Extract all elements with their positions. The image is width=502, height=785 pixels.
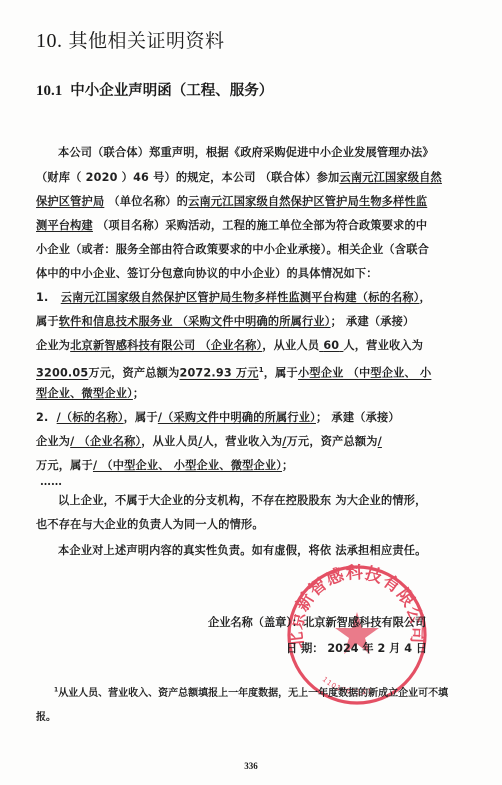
- footnote-line: 1从业人员、营业收入、资产总额填报上一年度数据，无上一年度数据的新成立企业可不填: [54, 684, 448, 699]
- paragraph-line: 体中的中小企业、签订分包意向协议的中小企业）的具体情况如下：: [36, 266, 378, 282]
- item-index: 1.: [36, 291, 48, 304]
- paragraph-line: （财库（ 2020 ）46 号）的规定，本公司 （联合体）参加云南元江国家级自然: [36, 170, 442, 186]
- text-span: （项目名称）采购活动，工程的施工单位全部为符合政策要求的中: [93, 219, 427, 232]
- item1-line: 型企业、微型企业）；: [36, 386, 144, 402]
- item2-size: / （中型企业、 小型企业、微型企业）: [93, 459, 282, 472]
- item1-size: 小型企业 （中型企业、 小: [298, 367, 431, 380]
- document-page: 10.其他相关证明资料 10.1中小企业声明函（工程、服务） 本公司（联合体）郑…: [0, 0, 502, 785]
- text-span: ；: [133, 387, 144, 400]
- date-value: 2024 年 2 月 4 日: [327, 642, 427, 655]
- text-span: 人，营业收入为: [203, 435, 283, 448]
- text-span: 人，营业收入为: [343, 339, 423, 352]
- item1-size-cont: 型企业、微型企业）: [36, 387, 133, 400]
- signature-company: 企业名称（盖章）：北京新智感科技有限公司: [208, 614, 426, 630]
- text-span: （财库（ 2020 ）46 号）的规定，本公司 （联合体）参加: [36, 171, 339, 184]
- item1-line: 企业为北京新智感科技有限公司 （企业名称），从业人员 60 人，营业收入为: [36, 338, 423, 354]
- text-span: ； 承建（承接）: [316, 411, 400, 424]
- item1-industry: 软件和信息技术服务业 （采购文件中明确的所属行业）: [59, 315, 331, 328]
- paragraph-line: 小企业（或者：服务全部由符合政策要求的中小企业承接）。相关企业（含联合: [36, 242, 429, 258]
- company-name: 北京新智感科技有限公司: [303, 616, 426, 629]
- item2-industry: /（采购文件中明确的所属行业）: [158, 411, 316, 424]
- text-span: ，属于: [264, 367, 298, 380]
- project-name-part2: 测平台构建: [36, 219, 93, 232]
- text-span: 属于: [36, 315, 59, 328]
- purchaser-name-part2: 保护区管护局: [36, 195, 104, 208]
- subsection-number: 10.1: [36, 83, 62, 99]
- item2-company: / （企业名称）: [70, 435, 141, 448]
- text-span: ，: [420, 291, 431, 304]
- text-span: ；: [282, 459, 293, 472]
- footnote-line: 报。: [36, 708, 56, 723]
- text-span: 企业为: [36, 435, 70, 448]
- item1-line: 1. 云南元江国家级自然保护区管护局生物多样性监测平台构建（标的名称），: [36, 290, 431, 306]
- text-span: ，从业人员: [141, 435, 198, 448]
- ellipsis: ……: [40, 475, 62, 488]
- subsection-heading: 10.1中小企业声明函（工程、服务）: [36, 79, 273, 100]
- paragraph-line: 本公司（联合体）郑重声明，根据《政府采购促进中小企业发展管理办法》: [58, 145, 434, 161]
- text-span: ； 承建（承接）: [331, 315, 415, 328]
- text-span: 企业为: [36, 339, 70, 352]
- item1-target-name: 云南元江国家级自然保护区管护局生物多样性监测平台构建（标的名称）: [61, 291, 420, 304]
- company-label: 企业名称（盖章）：: [208, 616, 303, 629]
- footnote-text: 从业人员、营业收入、资产总额填报上一年度数据，无上一年度数据的新成立企业可不填: [58, 688, 448, 699]
- item-index: 2.: [36, 411, 48, 424]
- signature-date: 日 期： 2024 年 2 月 4 日: [286, 640, 427, 656]
- text-span: （单位名称）的: [104, 195, 188, 208]
- paragraph-line: 测平台构建 （项目名称）采购活动，工程的施工单位全部为符合政策要求的中: [36, 218, 427, 234]
- paragraph-line: 以上企业，不属于大企业的分支机构，不存在控股股东 为大企业的情形，: [58, 493, 427, 509]
- paragraph-line: 也不存在与大企业的负责人为同一人的情形。: [36, 517, 264, 533]
- item2-line: 万元，属于/ （中型企业、 小型企业、微型企业）；: [36, 458, 293, 474]
- item2-target-name: /（标的名称）: [57, 411, 124, 424]
- item1-staff: 60: [319, 339, 343, 352]
- stamp-text: 北京新智感科技有限公司: [286, 562, 428, 650]
- text-span: ，从业人员: [262, 339, 319, 352]
- item2-assets: /: [378, 435, 382, 448]
- text-span: ，属于: [124, 411, 158, 424]
- item1-line: 3200.05万元，资产总额为2072.93 万元1，属于小型企业 （中型企业、…: [36, 362, 431, 382]
- staff-value: 60: [323, 339, 339, 352]
- text-span: 万元，资产总额为: [88, 367, 179, 380]
- item1-revenue: 3200.05: [36, 367, 88, 380]
- svg-text:北京新智感科技有限公司: 北京新智感科技有限公司: [286, 562, 428, 650]
- date-label: 日 期：: [286, 642, 323, 655]
- page-number: 336: [0, 761, 502, 771]
- text-span: 万元，资产总额为: [287, 435, 378, 448]
- section-number: 10.: [36, 30, 63, 52]
- project-name-part1: 云南元江国家级自然保护区管护局生物多样性监: [188, 195, 427, 208]
- section-heading: 10.其他相关证明资料: [36, 26, 225, 53]
- item1-line: 属于软件和信息技术服务业 （采购文件中明确的所属行业）； 承建（承接）: [36, 314, 414, 330]
- section-title: 其他相关证明资料: [69, 30, 225, 52]
- subsection-title: 中小企业声明函（工程、服务）: [70, 83, 273, 99]
- item2-line: 企业为/ （企业名称），从业人员/人，营业收入为/万元，资产总额为/: [36, 434, 382, 450]
- purchaser-name-part1: 云南元江国家级自然: [339, 171, 442, 184]
- paragraph-line: 本企业对上述声明内容的真实性负责。如有虚假，将依 法承担相应责任。: [58, 543, 427, 559]
- item1-assets: 2072.93 万元: [179, 367, 258, 380]
- paragraph-line: 保护区管护局 （单位名称）的云南元江国家级自然保护区管护局生物多样性监: [36, 194, 427, 210]
- item1-company: 北京新智感科技有限公司 （企业名称）: [70, 339, 262, 352]
- item2-line: 2. /（标的名称），属于/（采购文件中明确的所属行业）； 承建（承接）: [36, 410, 400, 426]
- text-span: 万元，属于: [36, 459, 93, 472]
